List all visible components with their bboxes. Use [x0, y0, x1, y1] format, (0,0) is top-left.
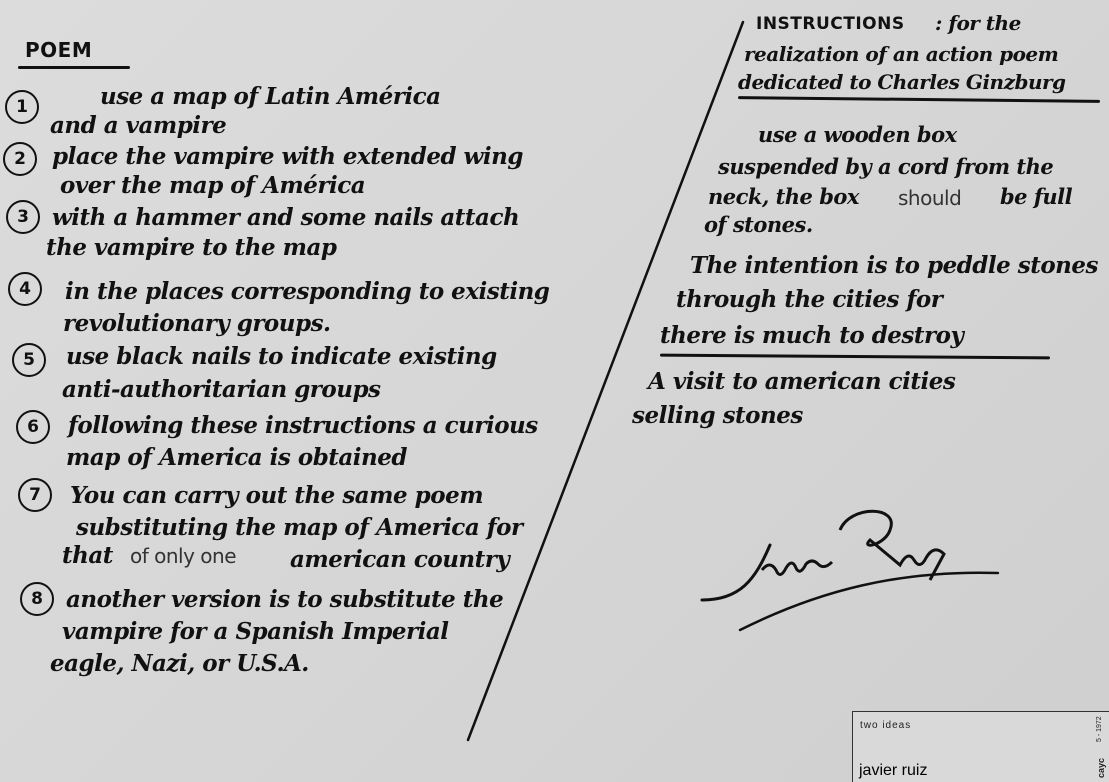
poem-title-underline — [18, 66, 130, 69]
poem-line: and a vampire — [50, 114, 226, 137]
instructions-heading: INSTRUCTIONS — [756, 14, 905, 34]
poem-line: that — [62, 544, 113, 567]
poem-line: substituting the map of America for — [76, 516, 523, 539]
artist-signature: Javier Ruiz — [700, 500, 1010, 640]
number-badge-3: 3 — [6, 200, 40, 234]
signature-stroke-icon — [700, 500, 1010, 640]
number-badge-5: 5 — [12, 343, 46, 377]
number-badge-1: 1 — [5, 90, 39, 124]
poem-line: anti-authoritarian groups — [62, 378, 381, 401]
instructions-line: through the cities for — [676, 288, 942, 311]
instructions-line-annotation: should — [898, 188, 961, 208]
catalog-label: two ideas javier ruiz cayc 5 - 1972 — [852, 711, 1109, 782]
instructions-line: The intention is to peddle stones — [690, 254, 1098, 277]
poem-line: eagle, Nazi, or U.S.A. — [50, 652, 309, 675]
instructions-line: selling stones — [632, 404, 803, 427]
instructions-heading-line: realization of an action poem — [744, 44, 1058, 64]
poem-line: following these instructions a curious — [68, 414, 538, 437]
instructions-line: A visit to american cities — [648, 370, 955, 393]
label-publisher: cayc — [1096, 758, 1106, 778]
number-badge-7: 7 — [18, 478, 52, 512]
poem-title: POEM — [25, 38, 92, 62]
instructions-line: there is much to destroy — [660, 324, 963, 347]
instructions-heading-rest: : for the — [935, 13, 1021, 33]
label-artist-name: javier ruiz — [859, 762, 927, 780]
poem-line: in the places corresponding to existing — [65, 280, 549, 303]
poem-line: revolutionary groups. — [63, 312, 331, 335]
poem-line-annotation: of only one — [130, 546, 236, 566]
instructions-line: of stones. — [704, 214, 813, 235]
poem-line: use a map of Latin América — [100, 85, 441, 108]
poem-line: use black nails to indicate existing — [66, 345, 497, 368]
poem-line: american country — [290, 548, 509, 571]
label-code: 5 - 1972 — [1096, 716, 1106, 742]
number-badge-6: 6 — [16, 410, 50, 444]
instructions-line: suspended by a cord from the — [718, 156, 1053, 177]
poem-line: map of America is obtained — [66, 446, 407, 469]
label-vertical-info: cayc 5 - 1972 — [1096, 716, 1106, 778]
instructions-line: use a wooden box — [758, 124, 957, 145]
instructions-line: neck, the box — [708, 186, 859, 207]
poem-line: the vampire to the map — [46, 236, 336, 259]
number-badge-8: 8 — [20, 582, 54, 616]
poem-line: with a hammer and some nails attach — [52, 206, 519, 229]
instructions-line: be full — [1000, 186, 1072, 207]
poem-line: place the vampire with extended wing — [52, 145, 523, 168]
poem-line: over the map of América — [60, 174, 365, 197]
number-badge-2: 2 — [3, 142, 37, 176]
instructions-heading-line: dedicated to Charles Ginzburg — [738, 72, 1066, 92]
poem-line: You can carry out the same poem — [70, 484, 483, 507]
poem-line: vampire for a Spanish Imperial — [62, 620, 449, 643]
label-series-title: two ideas — [860, 720, 911, 731]
number-badge-4: 4 — [8, 272, 42, 306]
poem-line: another version is to substitute the — [66, 588, 503, 611]
